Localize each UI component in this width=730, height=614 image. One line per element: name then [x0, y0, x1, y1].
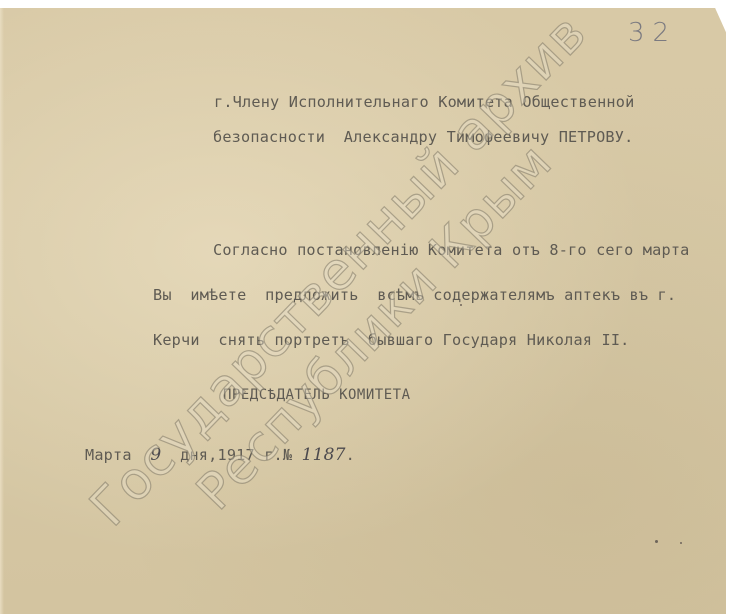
addressee-line-1: г.Члену Исполнительнаго Комитета Обществ…: [214, 93, 634, 111]
date-year-number-label: дня,1917 г.№: [180, 446, 292, 464]
paper-speck: [460, 304, 462, 306]
body-line-2: Вы имѣете предложить всѣмъ содержателямъ…: [153, 286, 676, 304]
paper-speck: [655, 540, 658, 543]
signature-line: ПРЕДСѢДАТЕЛЬ КОМИТЕТА: [223, 387, 411, 403]
folio-number: 32: [628, 18, 677, 48]
date-day-handwritten: 9: [150, 445, 161, 465]
document-page: 32 г.Члену Исполнительнаго Комитета Обще…: [0, 8, 726, 614]
paper-speck: [680, 542, 682, 544]
date-month: Марта: [85, 446, 132, 464]
body-line-1: Согласно постановленію Комитета отъ 8-го…: [213, 241, 690, 259]
body-line-3: Керчи снять портретъ бывшаго Государя Ни…: [153, 331, 630, 349]
date-line-end: .: [346, 446, 355, 464]
addressee-line-2: безопасности Александру Тимофеевичу ПЕТР…: [213, 128, 633, 146]
date-line: Марта 9 дня,1917 г.№ 1187.: [85, 445, 355, 465]
document-number-handwritten: 1187: [302, 445, 346, 465]
